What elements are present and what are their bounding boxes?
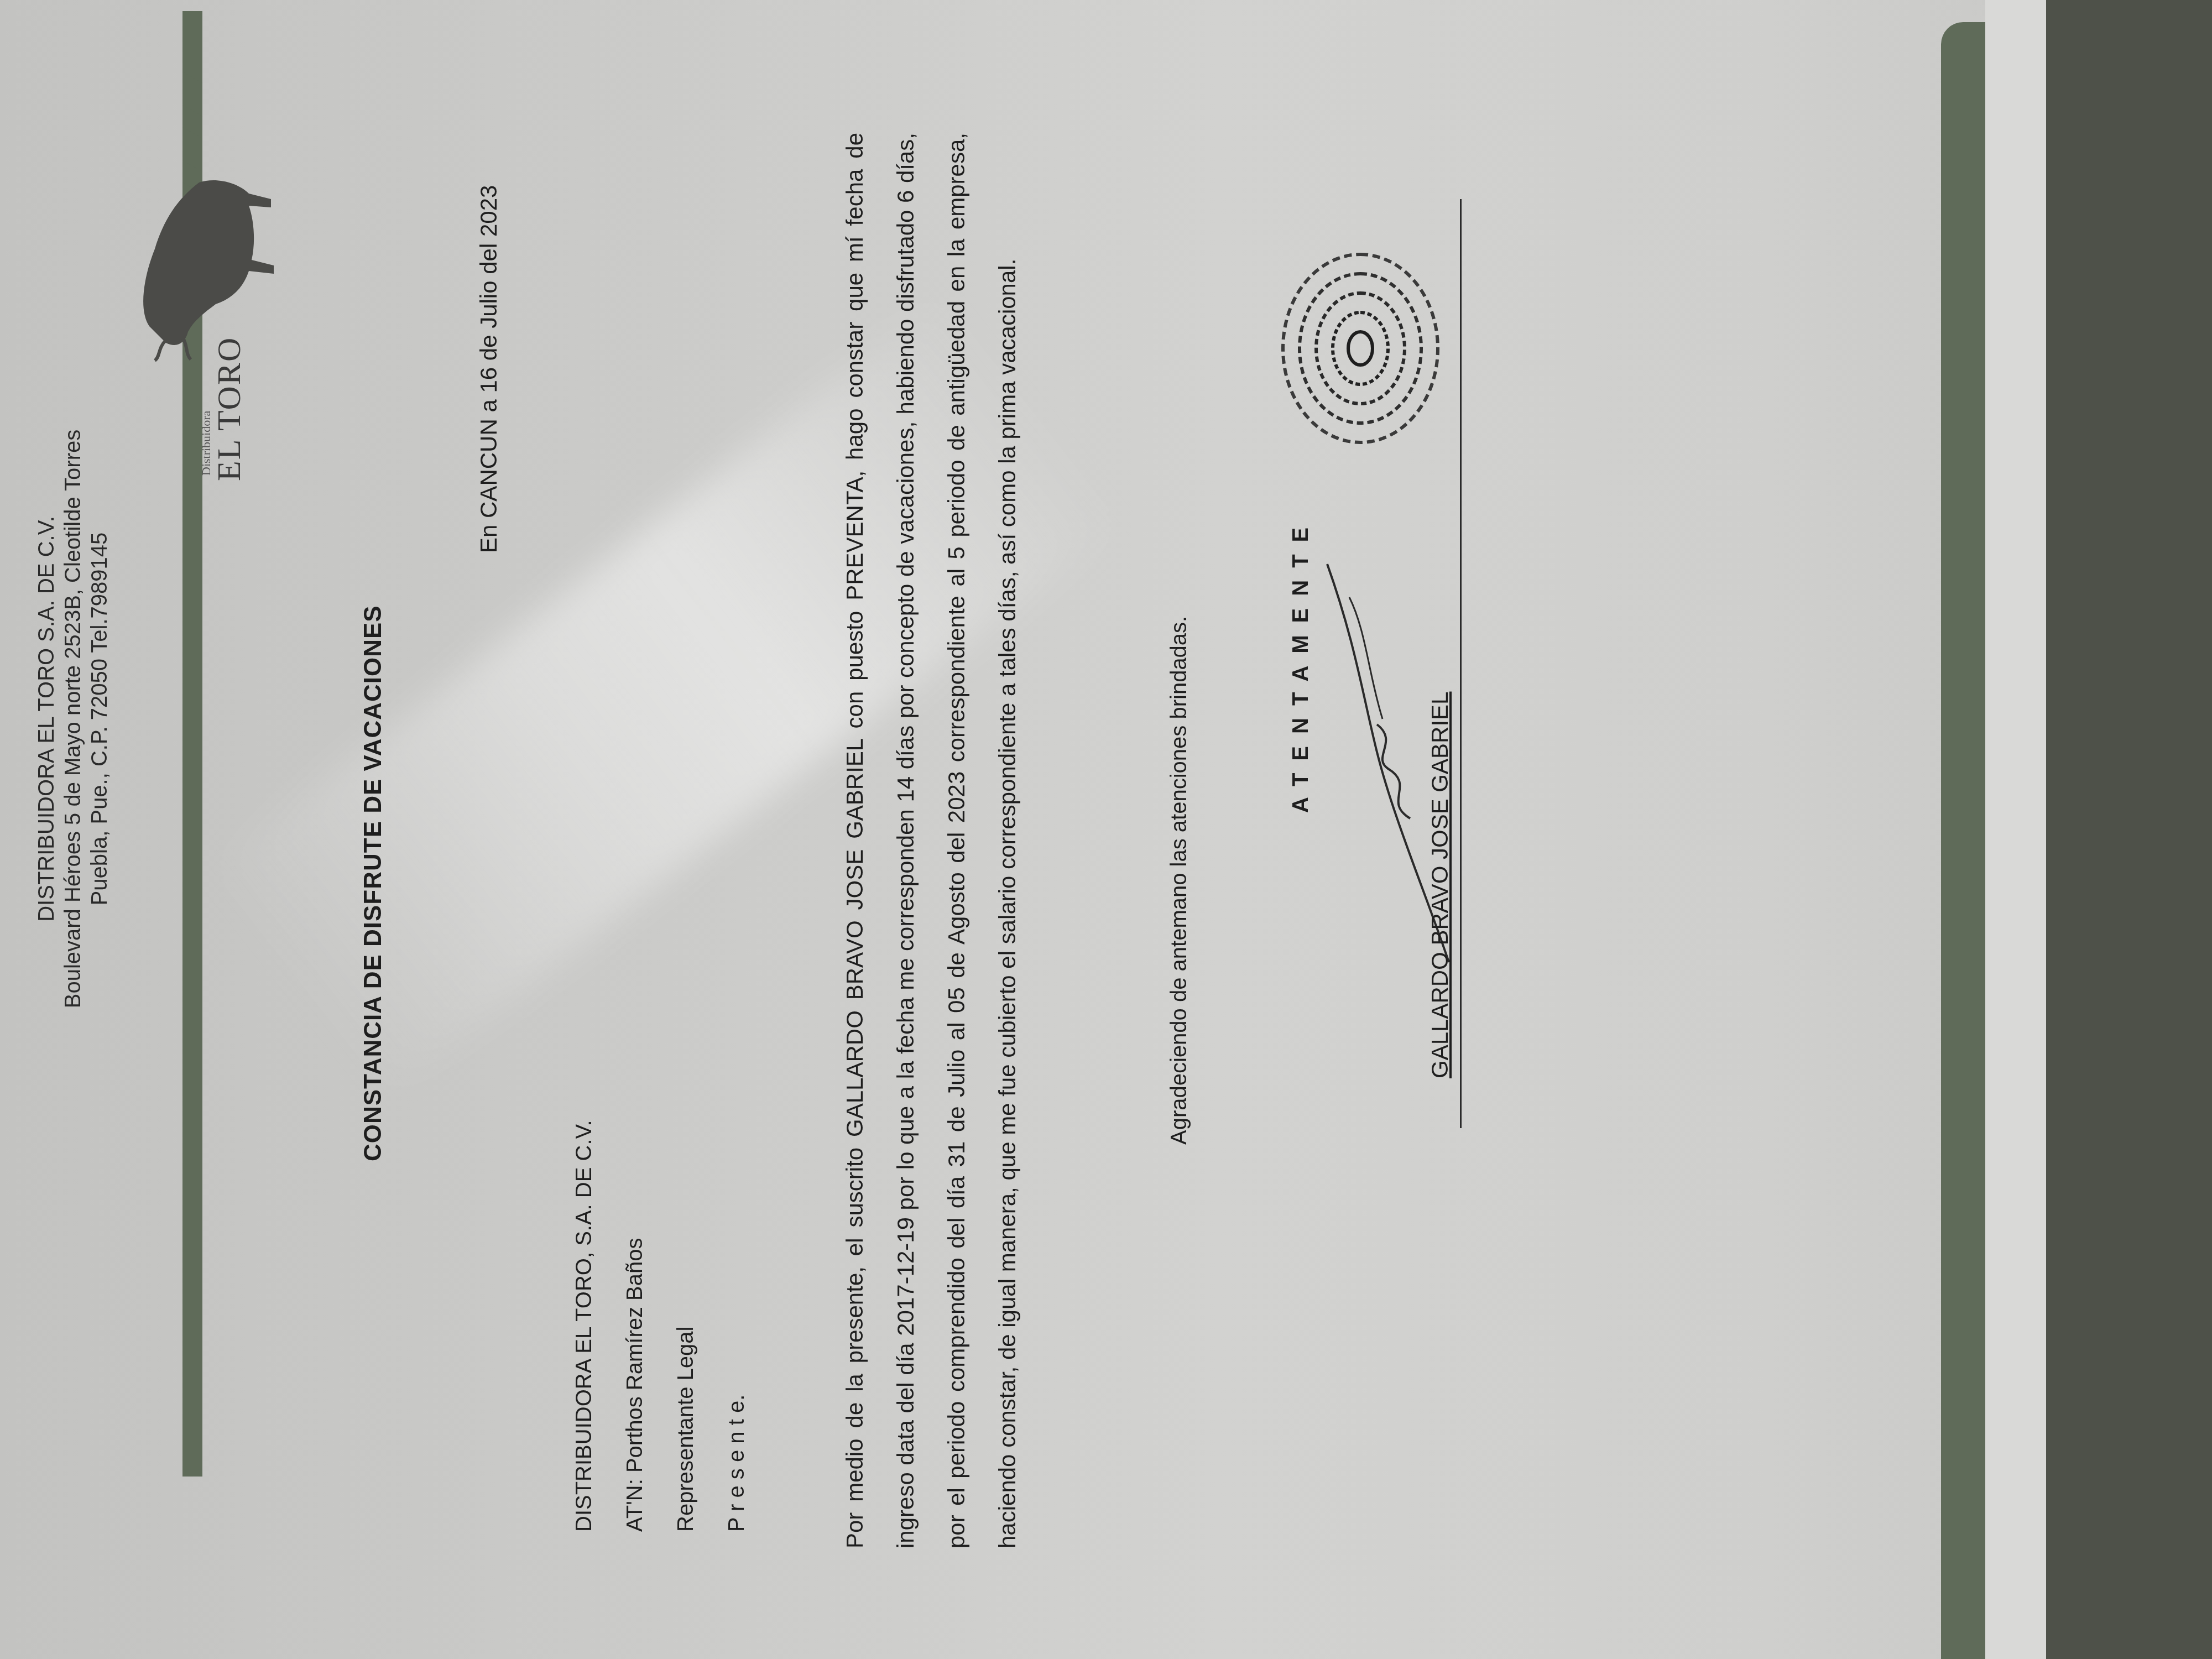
letterhead-address-line1: Boulevard Héroes 5 de Mayo norte 2523B, … (60, 359, 86, 1078)
signature-line (1460, 199, 1462, 1128)
letterhead-address: DISTRIBUIDORA EL TORO S.A. DE C.V. Boule… (33, 359, 113, 1078)
signatory-name: GALLARDO BRAVO JOSE GABRIEL (1427, 692, 1453, 1078)
thanks-line: Agradeciendo de antemano las atenciones … (1167, 616, 1192, 1145)
fingerprint-icon (1272, 243, 1449, 453)
body-paragraph: Por medio de la presente, el suscrito GA… (830, 133, 1033, 1548)
recipient-company: DISTRIBUIDORA EL TORO, S.A. DE C.V. (559, 1120, 609, 1532)
recipient-attention: AT'N: Porthos Ramírez Baños (609, 1120, 660, 1532)
document-title: CONSTANCIA DE DISFRUTE DE VACACIONES (359, 605, 387, 1161)
closing-text: ATENTAMENTE (1288, 515, 1313, 813)
logo-name: EL TORO (210, 337, 248, 481)
letter-document: DISTRIBUIDORA EL TORO S.A. DE C.V. Boule… (0, 0, 2212, 1659)
recipient-block: DISTRIBUIDORA EL TORO, S.A. DE C.V. AT'N… (559, 1120, 762, 1532)
recipient-greeting: P r e s e n t e. (711, 1120, 762, 1532)
letterhead-address-line2: Puebla, Pue., C.P. 72050 Tel.7989145 (86, 359, 113, 1078)
letterhead-company: DISTRIBUIDORA EL TORO S.A. DE C.V. (33, 359, 60, 1078)
place-date: En CANCUN a 16 de Julio del 2023 (476, 185, 502, 553)
recipient-role: Representante Legal (660, 1120, 711, 1532)
